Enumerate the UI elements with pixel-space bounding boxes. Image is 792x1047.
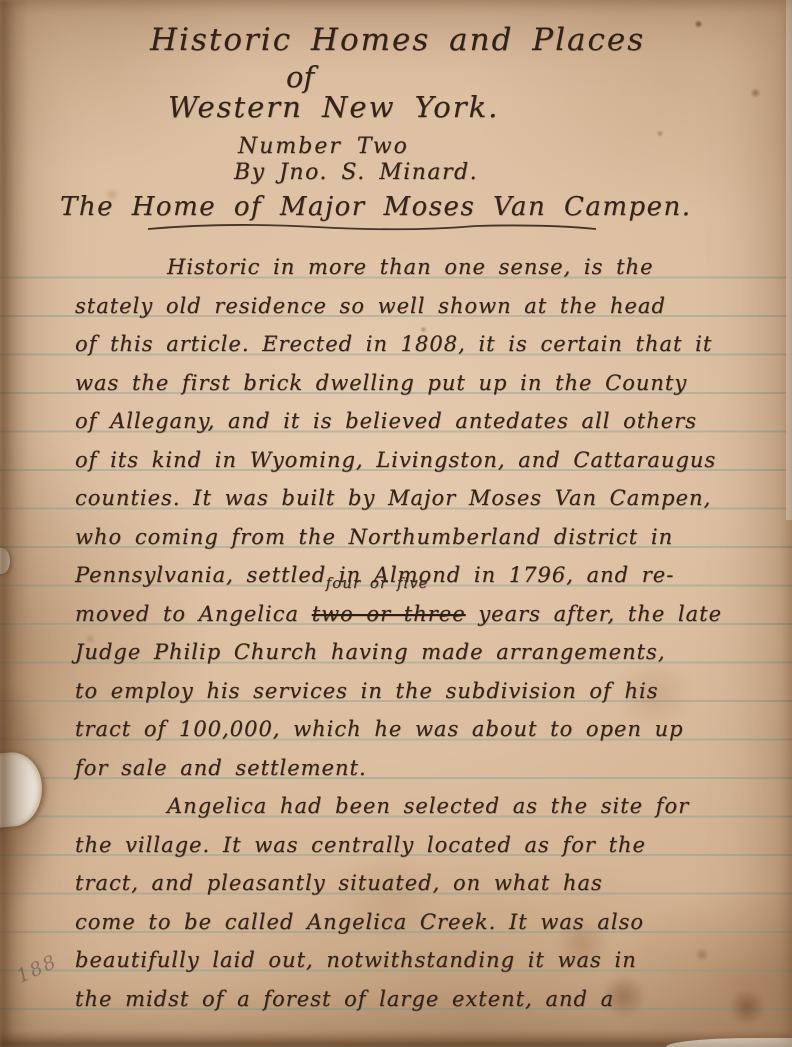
right-edge-sliver xyxy=(786,0,792,520)
manuscript-line: of Allegany, and it is believed antedate… xyxy=(75,402,775,441)
manuscript-line: to employ his services in the subdivisio… xyxy=(75,672,775,711)
manuscript-line: come to be called Angelica Creek. It was… xyxy=(75,903,775,942)
manuscript-line: tract of 100,000, which he was about to … xyxy=(75,710,775,749)
manuscript-line: Historic in more than one sense, is the xyxy=(75,248,775,287)
manuscript-line: beautifully laid out, notwithstanding it… xyxy=(75,941,775,980)
correction-wrap: four or fivetwo or three xyxy=(312,602,466,626)
manuscript-line: for sale and settlement. xyxy=(75,749,775,788)
manuscript-line: Angelica had been selected as the site f… xyxy=(75,787,775,826)
manuscript-line: was the first brick dwelling put up in t… xyxy=(75,364,775,403)
manuscript-line: tract, and pleasantly situated, on what … xyxy=(75,864,775,903)
series-title-of: of xyxy=(286,60,314,94)
correction-post-text: years after, the late xyxy=(466,602,722,626)
manuscript-line: of its kind in Wyoming, Livingston, and … xyxy=(75,441,775,480)
manuscript-line-correction: moved to Angelica four or fivetwo or thr… xyxy=(75,595,775,634)
manuscript-line: Judge Philip Church having made arrangem… xyxy=(75,633,775,672)
strikethrough-text: two or three xyxy=(312,602,466,626)
manuscript-body: Historic in more than one sense, is the … xyxy=(75,248,775,1018)
manuscript-line: stately old residence so well shown at t… xyxy=(75,287,775,326)
correction-pre-text: moved to Angelica xyxy=(75,602,312,626)
series-region: Western New York. xyxy=(168,90,499,124)
manuscript-page: Historic Homes and Places of Western New… xyxy=(0,0,792,1047)
inserted-correction: four or five xyxy=(326,576,429,591)
manuscript-line: counties. It was built by Major Moses Va… xyxy=(75,479,775,518)
manuscript-line: the midst of a forest of large extent, a… xyxy=(75,980,775,1019)
article-title: The Home of Major Moses Van Campen. xyxy=(60,192,692,222)
manuscript-line: the village. It was centrally located as… xyxy=(75,826,775,865)
manuscript-line: who coming from the Northumberland distr… xyxy=(75,518,775,557)
title-underline xyxy=(146,220,598,234)
series-number: Number Two xyxy=(238,134,409,159)
series-title: Historic Homes and Places xyxy=(150,22,645,58)
byline: By Jno. S. Minard. xyxy=(234,160,478,185)
manuscript-line: of this article. Erected in 1808, it is … xyxy=(75,325,775,364)
